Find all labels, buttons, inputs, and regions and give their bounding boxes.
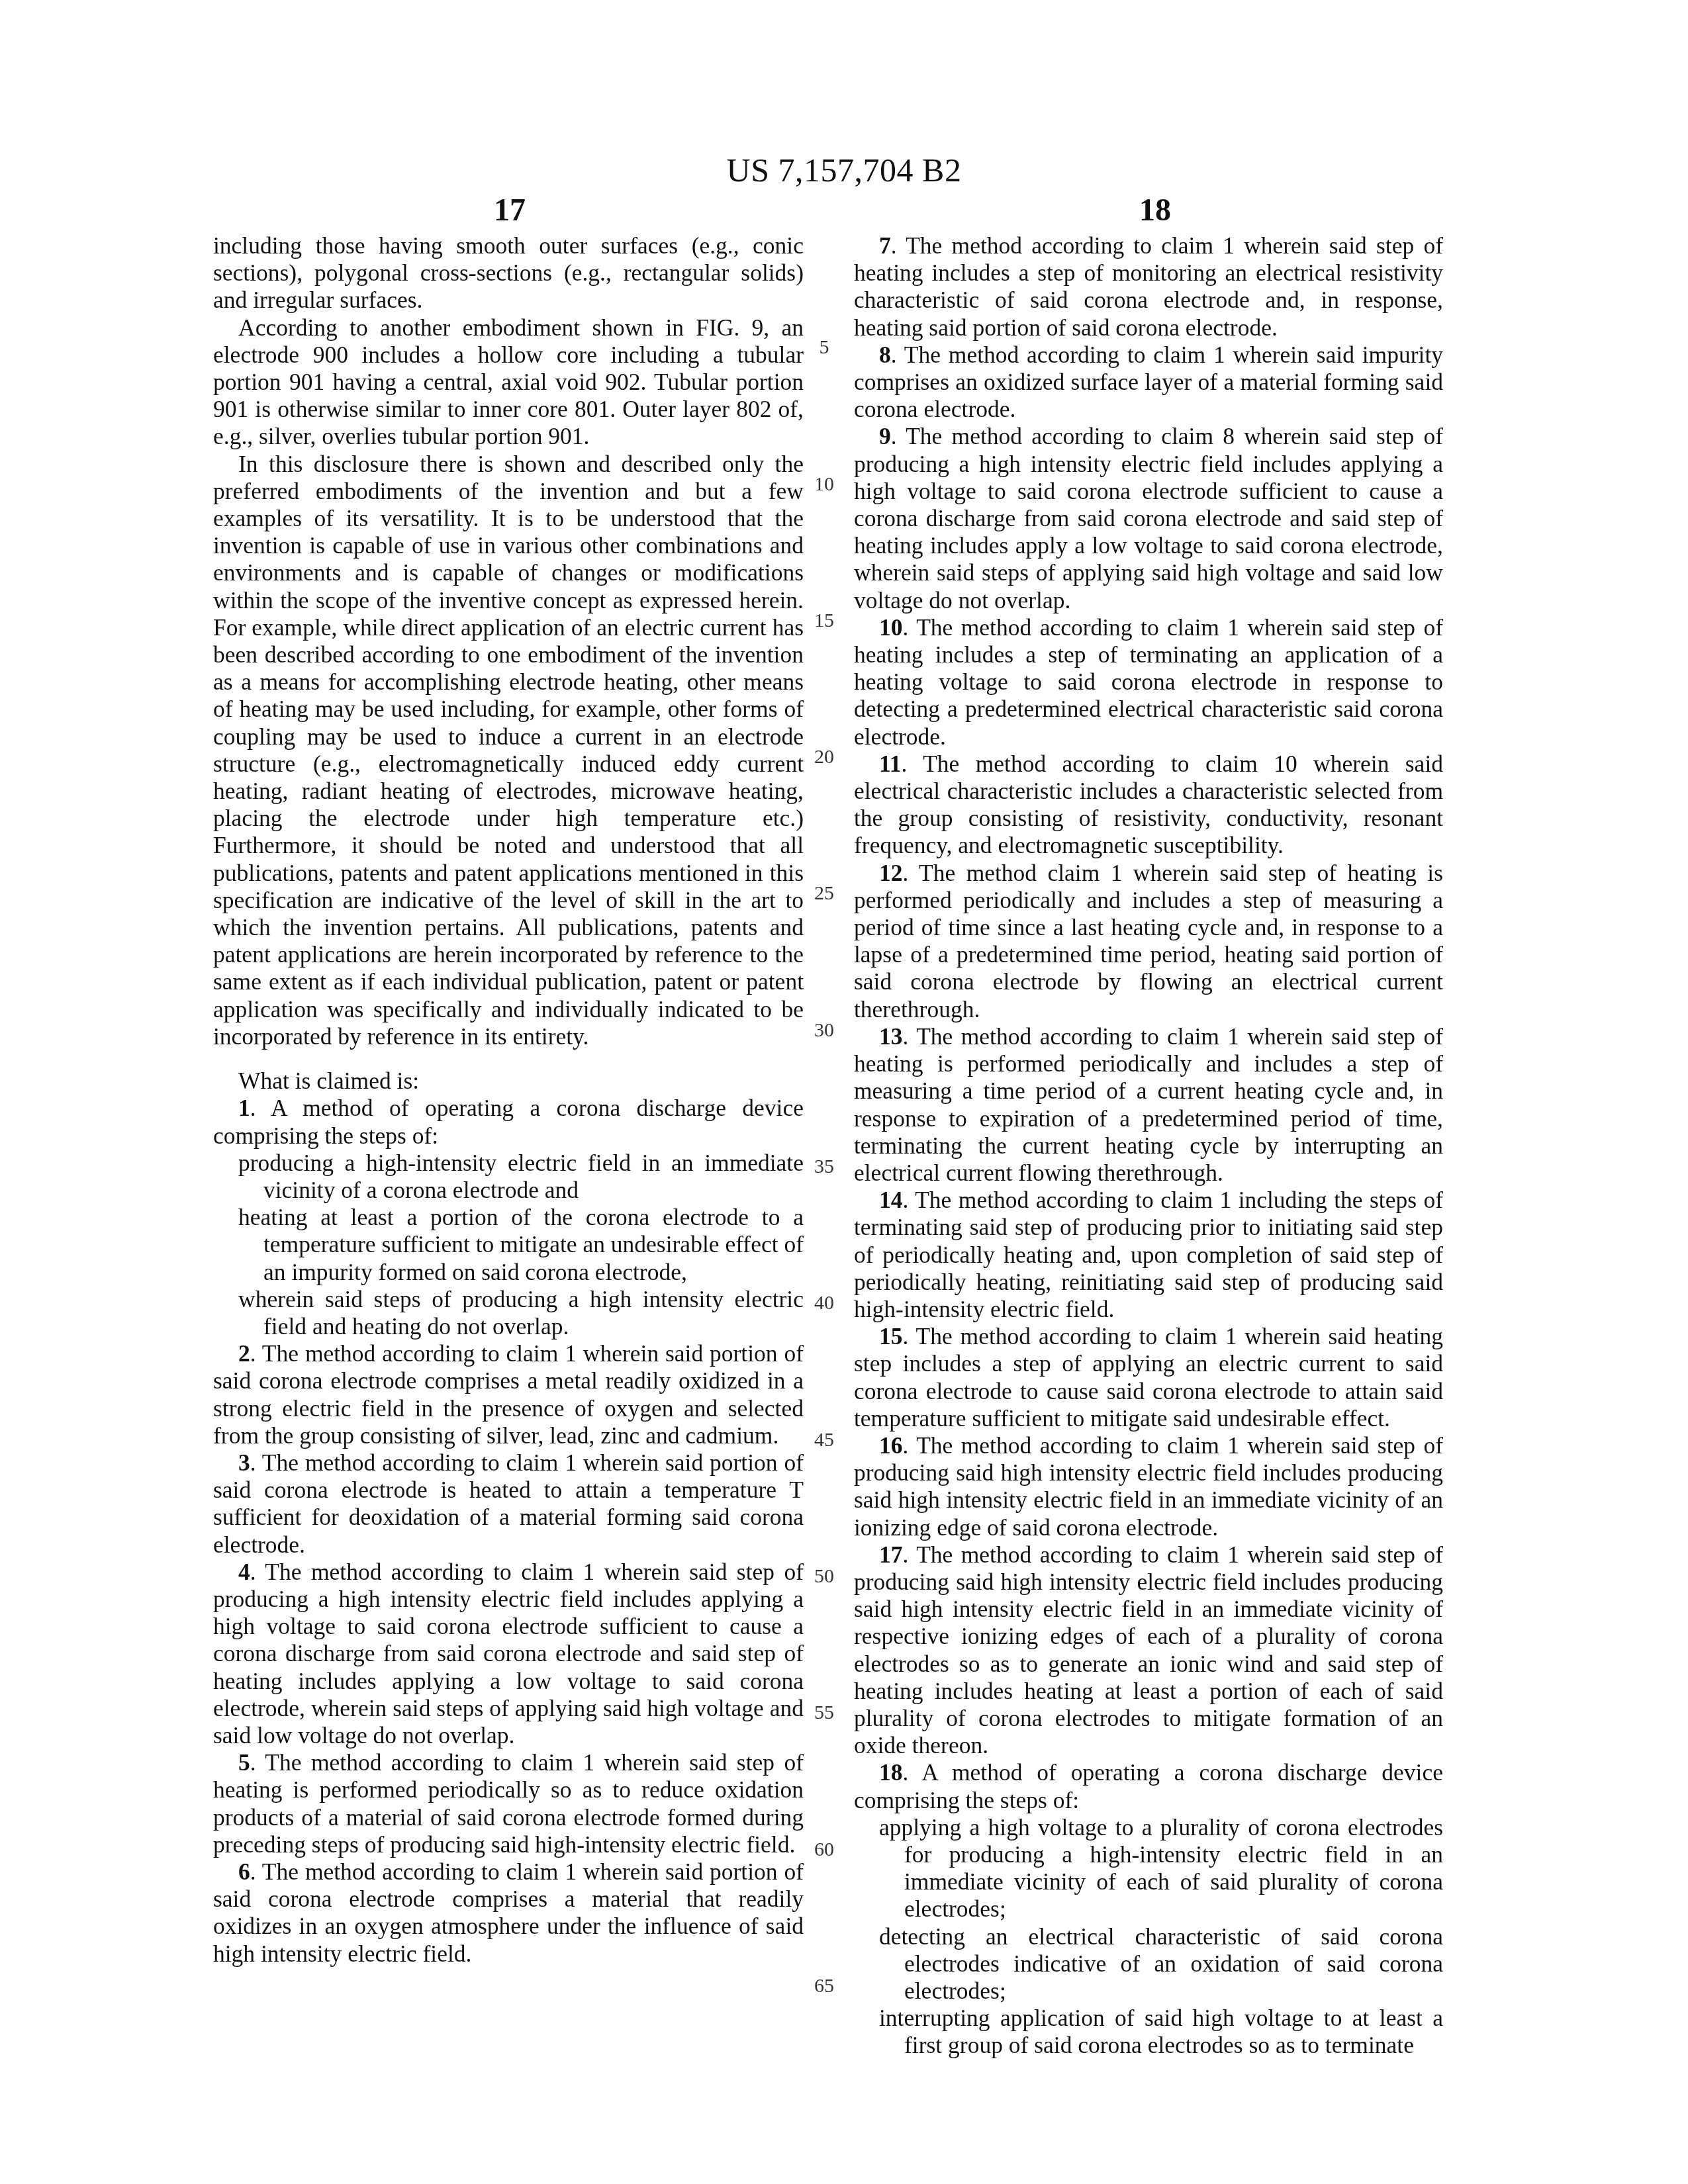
right-column: 7. The method according to claim 1 where… [854,232,1443,2060]
claim-17: 17. The method according to claim 1 wher… [854,1541,1443,1760]
claim-1: 1. A method of operating a corona discha… [213,1095,804,1149]
claim-step: producing a high-intensity electric fiel… [213,1150,804,1204]
claim-13: 13. The method according to claim 1 wher… [854,1023,1443,1187]
left-column-number: 17 [470,192,549,228]
claim-step: detecting an electrical characteristic o… [854,1923,1443,2005]
claim-step: wherein said steps of producing a high i… [213,1286,804,1340]
line-number: 35 [811,1156,837,1178]
left-column: including those having smooth outer surf… [213,232,804,1968]
line-number: 40 [811,1292,837,1314]
claim-18: 18. A method of operating a corona disch… [854,1759,1443,1813]
line-number: 10 [811,473,837,496]
line-number: 60 [811,1839,837,1861]
claim-15: 15. The method according to claim 1 wher… [854,1323,1443,1432]
right-column-number: 18 [1115,192,1195,228]
claim-16: 16. The method according to claim 1 wher… [854,1432,1443,1541]
claim-6: 6. The method according to claim 1 where… [213,1858,804,1968]
claim-11: 11. The method according to claim 10 whe… [854,751,1443,860]
claim-step: interrupting application of said high vo… [854,2005,1443,2059]
claim-14: 14. The method according to claim 1 incl… [854,1187,1443,1323]
paragraph: In this disclosure there is shown and de… [213,451,804,1050]
claim-7: 7. The method according to claim 1 where… [854,232,1443,341]
line-number: 65 [811,1975,837,1997]
claim-12: 12. The method claim 1 wherein said step… [854,860,1443,1023]
claim-5: 5. The method according to claim 1 where… [213,1749,804,1858]
line-number: 50 [811,1565,837,1588]
claim-step: applying a high voltage to a plurality o… [854,1814,1443,1923]
line-number: 25 [811,882,837,905]
claim-9: 9. The method according to claim 8 where… [854,423,1443,614]
patent-number: US 7,157,704 B2 [0,151,1688,189]
line-number: 45 [811,1429,837,1451]
claim-3: 3. The method according to claim 1 where… [213,1449,804,1559]
claim-10: 10. The method according to claim 1 wher… [854,614,1443,751]
claim-4: 4. The method according to claim 1 where… [213,1559,804,1749]
claim-8: 8. The method according to claim 1 where… [854,341,1443,424]
paragraph: According to another embodiment shown in… [213,314,804,451]
claim-number: 1 [238,1095,250,1121]
line-number: 15 [811,610,837,632]
claim-step: heating at least a portion of the corona… [213,1204,804,1286]
claims-intro: What is claimed is: [213,1068,804,1095]
line-number: 55 [811,1702,837,1724]
paragraph: including those having smooth outer surf… [213,232,804,314]
line-number: 30 [811,1019,837,1042]
line-number: 20 [811,746,837,768]
line-number: 5 [811,336,837,359]
claim-2: 2. The method according to claim 1 where… [213,1340,804,1449]
